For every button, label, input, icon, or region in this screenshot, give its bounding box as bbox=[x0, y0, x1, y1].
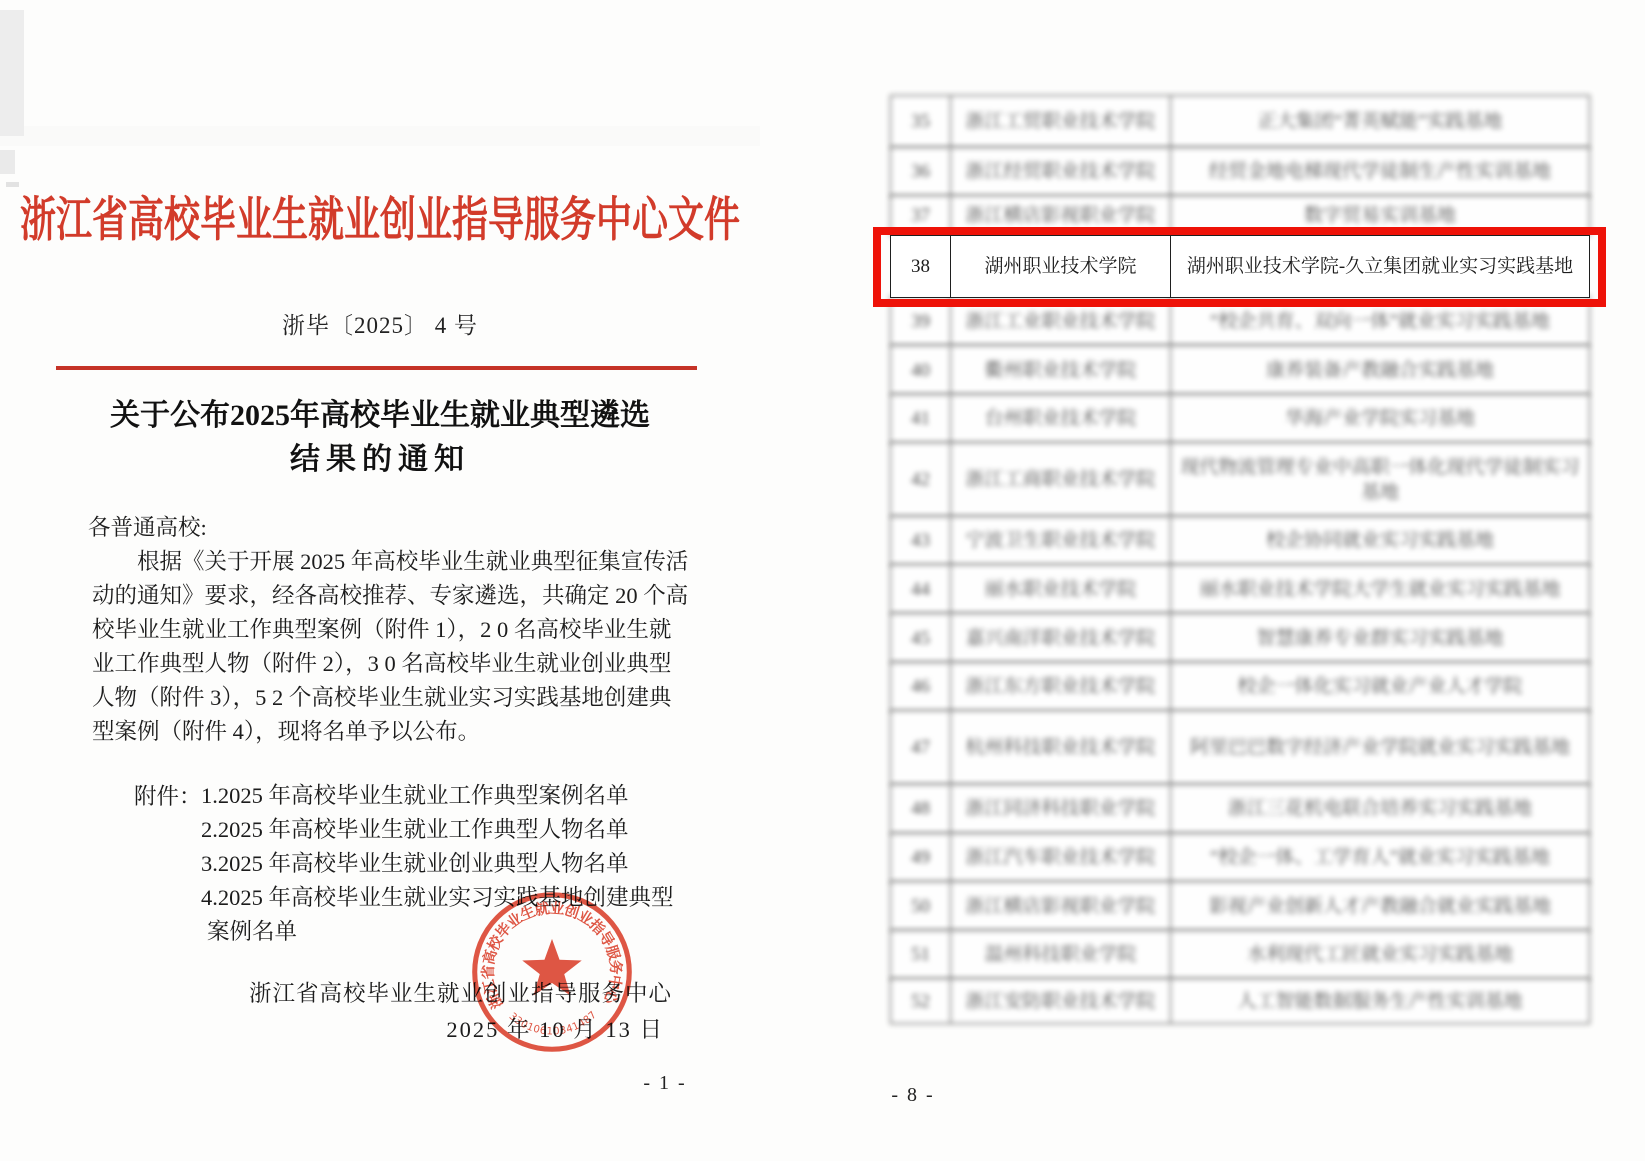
body-line: 根据《关于开展 2025 年高校毕业生就业典型征集宣传活 bbox=[92, 545, 692, 579]
school-name-cell: 浙江工贸职业技术学院 bbox=[951, 96, 1171, 147]
document-page-left: 浙江省高校毕业生就业创业指导服务中心文件 浙毕〔2025〕 4 号 关于公布20… bbox=[0, 0, 770, 1161]
stamp-serial-number: 33010610341487 bbox=[507, 1010, 599, 1038]
row-number-cell: 43 bbox=[891, 517, 951, 565]
row-number-cell: 37 bbox=[891, 196, 951, 235]
page-number-right: - 8 - bbox=[878, 1084, 948, 1107]
results-table: 35浙江工贸职业技术学院正大集团“菁英赋能”实践基地36浙江经贸职业技术学院经贸… bbox=[890, 95, 1590, 1024]
practice-base-cell: “校企共育、双向一体”就业实习实践基地 bbox=[1171, 297, 1589, 345]
row-number-cell: 36 bbox=[891, 148, 951, 196]
school-name-cell: 温州科技职业学院 bbox=[951, 931, 1171, 979]
notice-title-line1: 关于公布2025年高校毕业生就业典型遴选 bbox=[0, 390, 760, 434]
red-divider-line bbox=[56, 366, 697, 370]
table-row: 35浙江工贸职业技术学院正大集团“菁英赋能”实践基地 bbox=[890, 95, 1590, 148]
table-row-highlighted: 38湖州职业技术学院湖州职业技术学院-久立集团就业实习实践基地 bbox=[890, 235, 1590, 298]
body-line: 型案例（附件 4），现将名单予以公布。 bbox=[92, 715, 692, 749]
school-name-cell: 湖州职业技术学院 bbox=[951, 236, 1171, 297]
practice-base-cell: “校企一体、工学育人”就业实习实践基地 bbox=[1171, 834, 1589, 882]
table-row: 47杭州科技职业技术学院阿里巴巴数字经济产业学院就业实习实践基地 bbox=[890, 710, 1590, 785]
table-row: 36浙江经贸职业技术学院经贸金地电梯现代学徒制生产性实训基地 bbox=[890, 147, 1590, 197]
school-name-cell: 浙江安防职业技术学院 bbox=[951, 979, 1171, 1023]
document-page-right: 35浙江工贸职业技术学院正大集团“菁英赋能”实践基地36浙江经贸职业技术学院经贸… bbox=[820, 0, 1645, 1161]
practice-base-cell: 经贸金地电梯现代学徒制生产性实训基地 bbox=[1171, 148, 1589, 196]
school-name-cell: 浙江工商职业技术学院 bbox=[951, 443, 1171, 516]
practice-base-cell: 浙江三花机电联合培养实习实践基地 bbox=[1171, 785, 1589, 833]
school-name-cell: 浙江经贸职业技术学院 bbox=[951, 148, 1171, 196]
school-name-cell: 浙江东方职业技术学院 bbox=[951, 663, 1171, 711]
table-row: 48浙江同济科技职业学院浙江三花机电联合培养实习实践基地 bbox=[890, 784, 1590, 834]
practice-base-cell: 水利现代工匠就业实习实践基地 bbox=[1171, 931, 1589, 979]
notice-body: 根据《关于开展 2025 年高校毕业生就业典型征集宣传活动的通知》要求，经各高校… bbox=[92, 545, 692, 749]
practice-base-cell: 数字贸易实训基地 bbox=[1171, 196, 1589, 235]
row-number-cell: 46 bbox=[891, 663, 951, 711]
table-row: 46浙江东方职业技术学院校企一体化实习就业产业人才学院 bbox=[890, 662, 1590, 712]
row-number-cell: 39 bbox=[891, 297, 951, 345]
table-row: 42浙江工商职业技术学院现代物流管理专业中高职一体化现代学徒制实习基地 bbox=[890, 442, 1590, 517]
attachment-item: 2.2025 年高校毕业生就业工作典型人物名单 bbox=[201, 813, 674, 847]
scan-artifact bbox=[0, 150, 15, 174]
row-number-cell: 41 bbox=[891, 395, 951, 443]
school-name-cell: 浙江同济科技职业学院 bbox=[951, 785, 1171, 833]
attachment-item: 1.2025 年高校毕业生就业工作典型案例名单 bbox=[201, 779, 674, 813]
table-row: 41台州职业技术学院华海产业学院实习基地 bbox=[890, 394, 1590, 444]
row-number-cell: 40 bbox=[891, 346, 951, 394]
row-number-cell: 50 bbox=[891, 882, 951, 930]
official-seal-stamp: 浙江省高校毕业生就业创业指导服务中心 33010610341487 bbox=[460, 880, 644, 1064]
table-row: 39浙江工业职业技术学院“校企共育、双向一体”就业实习实践基地 bbox=[890, 296, 1590, 346]
table-row: 50浙江横店影视职业学院影视产业创新人才产教融合就业实践基地 bbox=[890, 881, 1590, 931]
body-line: 人物（附件 3），5 2 个高校毕业生就业实习实践基地创建典 bbox=[92, 681, 692, 715]
practice-base-cell: 校企协同就业实习实践基地 bbox=[1171, 517, 1589, 565]
body-line: 动的通知》要求，经各高校推荐、专家遴选，共确定 20 个高 bbox=[92, 579, 692, 613]
practice-base-cell: 校企一体化实习就业产业人才学院 bbox=[1171, 663, 1589, 711]
practice-base-cell: 丽水职业技术学院大学生就业实习实践基地 bbox=[1171, 565, 1589, 613]
practice-base-cell: 正大集团“菁英赋能”实践基地 bbox=[1171, 96, 1589, 147]
practice-base-cell: 人工智能数据服务生产性实训基地 bbox=[1171, 979, 1589, 1023]
row-number-cell: 38 bbox=[891, 236, 951, 297]
practice-base-cell: 湖州职业技术学院-久立集团就业实习实践基地 bbox=[1171, 236, 1589, 297]
table-row: 37浙江横店影视职业学院数字贸易实训基地 bbox=[890, 195, 1590, 236]
row-number-cell: 45 bbox=[891, 614, 951, 662]
body-line: 校毕业生就业工作典型案例（附件 1），2 0 名高校毕业生就 bbox=[92, 613, 692, 647]
school-name-cell: 台州职业技术学院 bbox=[951, 395, 1171, 443]
letterhead-title: 浙江省高校毕业生就业创业指导服务中心文件 bbox=[0, 183, 760, 250]
table-row: 52浙江安防职业技术学院人工智能数据服务生产性实训基地 bbox=[890, 978, 1590, 1024]
table-row: 49浙江汽车职业技术学院“校企一体、工学育人”就业实习实践基地 bbox=[890, 833, 1590, 883]
scan-artifact bbox=[0, 126, 760, 146]
school-name-cell: 杭州科技职业技术学院 bbox=[951, 711, 1171, 784]
row-number-cell: 42 bbox=[891, 443, 951, 516]
row-number-cell: 35 bbox=[891, 96, 951, 147]
row-number-cell: 49 bbox=[891, 834, 951, 882]
scan-artifact bbox=[0, 10, 24, 136]
school-name-cell: 浙江横店影视职业学院 bbox=[951, 882, 1171, 930]
practice-base-cell: 现代物流管理专业中高职一体化现代学徒制实习基地 bbox=[1171, 443, 1589, 516]
row-number-cell: 52 bbox=[891, 979, 951, 1023]
attachment-item: 3.2025 年高校毕业生就业创业典型人物名单 bbox=[201, 847, 674, 881]
practice-base-cell: 影视产业创新人才产教融合就业实践基地 bbox=[1171, 882, 1589, 930]
row-number-cell: 48 bbox=[891, 785, 951, 833]
table-row: 45嘉兴南洋职业技术学院智慧康养专业群实习实践基地 bbox=[890, 613, 1590, 663]
notice-title-line2: 结果的通知 bbox=[0, 434, 760, 478]
row-number-cell: 44 bbox=[891, 565, 951, 613]
document-number: 浙毕〔2025〕 4 号 bbox=[0, 307, 760, 340]
row-number-cell: 47 bbox=[891, 711, 951, 784]
table-row: 51温州科技职业学院水利现代工匠就业实习实践基地 bbox=[890, 930, 1590, 980]
attachments-label: 附件： bbox=[134, 779, 202, 811]
practice-base-cell: 阿里巴巴数字经济产业学院就业实习实践基地 bbox=[1171, 711, 1589, 784]
practice-base-cell: 康养装备产教融合实践基地 bbox=[1171, 346, 1589, 394]
school-name-cell: 浙江汽车职业技术学院 bbox=[951, 834, 1171, 882]
school-name-cell: 宁波卫生职业技术学院 bbox=[951, 517, 1171, 565]
table-row: 40衢州职业技术学院康养装备产教融合实践基地 bbox=[890, 345, 1590, 395]
table-row: 44丽水职业技术学院丽水职业技术学院大学生就业实习实践基地 bbox=[890, 564, 1590, 614]
scanned-document: { "colors": { "letterhead_red": "#d23b2a… bbox=[0, 0, 1645, 1161]
salutation: 各普通高校: bbox=[88, 510, 207, 542]
school-name-cell: 丽水职业技术学院 bbox=[951, 565, 1171, 613]
school-name-cell: 衢州职业技术学院 bbox=[951, 346, 1171, 394]
practice-base-cell: 智慧康养专业群实习实践基地 bbox=[1171, 614, 1589, 662]
table-row: 43宁波卫生职业技术学院校企协同就业实习实践基地 bbox=[890, 516, 1590, 566]
body-line: 业工作典型人物（附件 2），3 0 名高校毕业生就业创业典型 bbox=[92, 647, 692, 681]
school-name-cell: 浙江横店影视职业学院 bbox=[951, 196, 1171, 235]
practice-base-cell: 华海产业学院实习基地 bbox=[1171, 395, 1589, 443]
svg-text:33010610341487: 33010610341487 bbox=[507, 1010, 599, 1038]
school-name-cell: 浙江工业职业技术学院 bbox=[951, 297, 1171, 345]
stamp-star-icon bbox=[522, 939, 581, 996]
page-number-left: - 1 - bbox=[630, 1072, 700, 1095]
school-name-cell: 嘉兴南洋职业技术学院 bbox=[951, 614, 1171, 662]
row-number-cell: 51 bbox=[891, 931, 951, 979]
